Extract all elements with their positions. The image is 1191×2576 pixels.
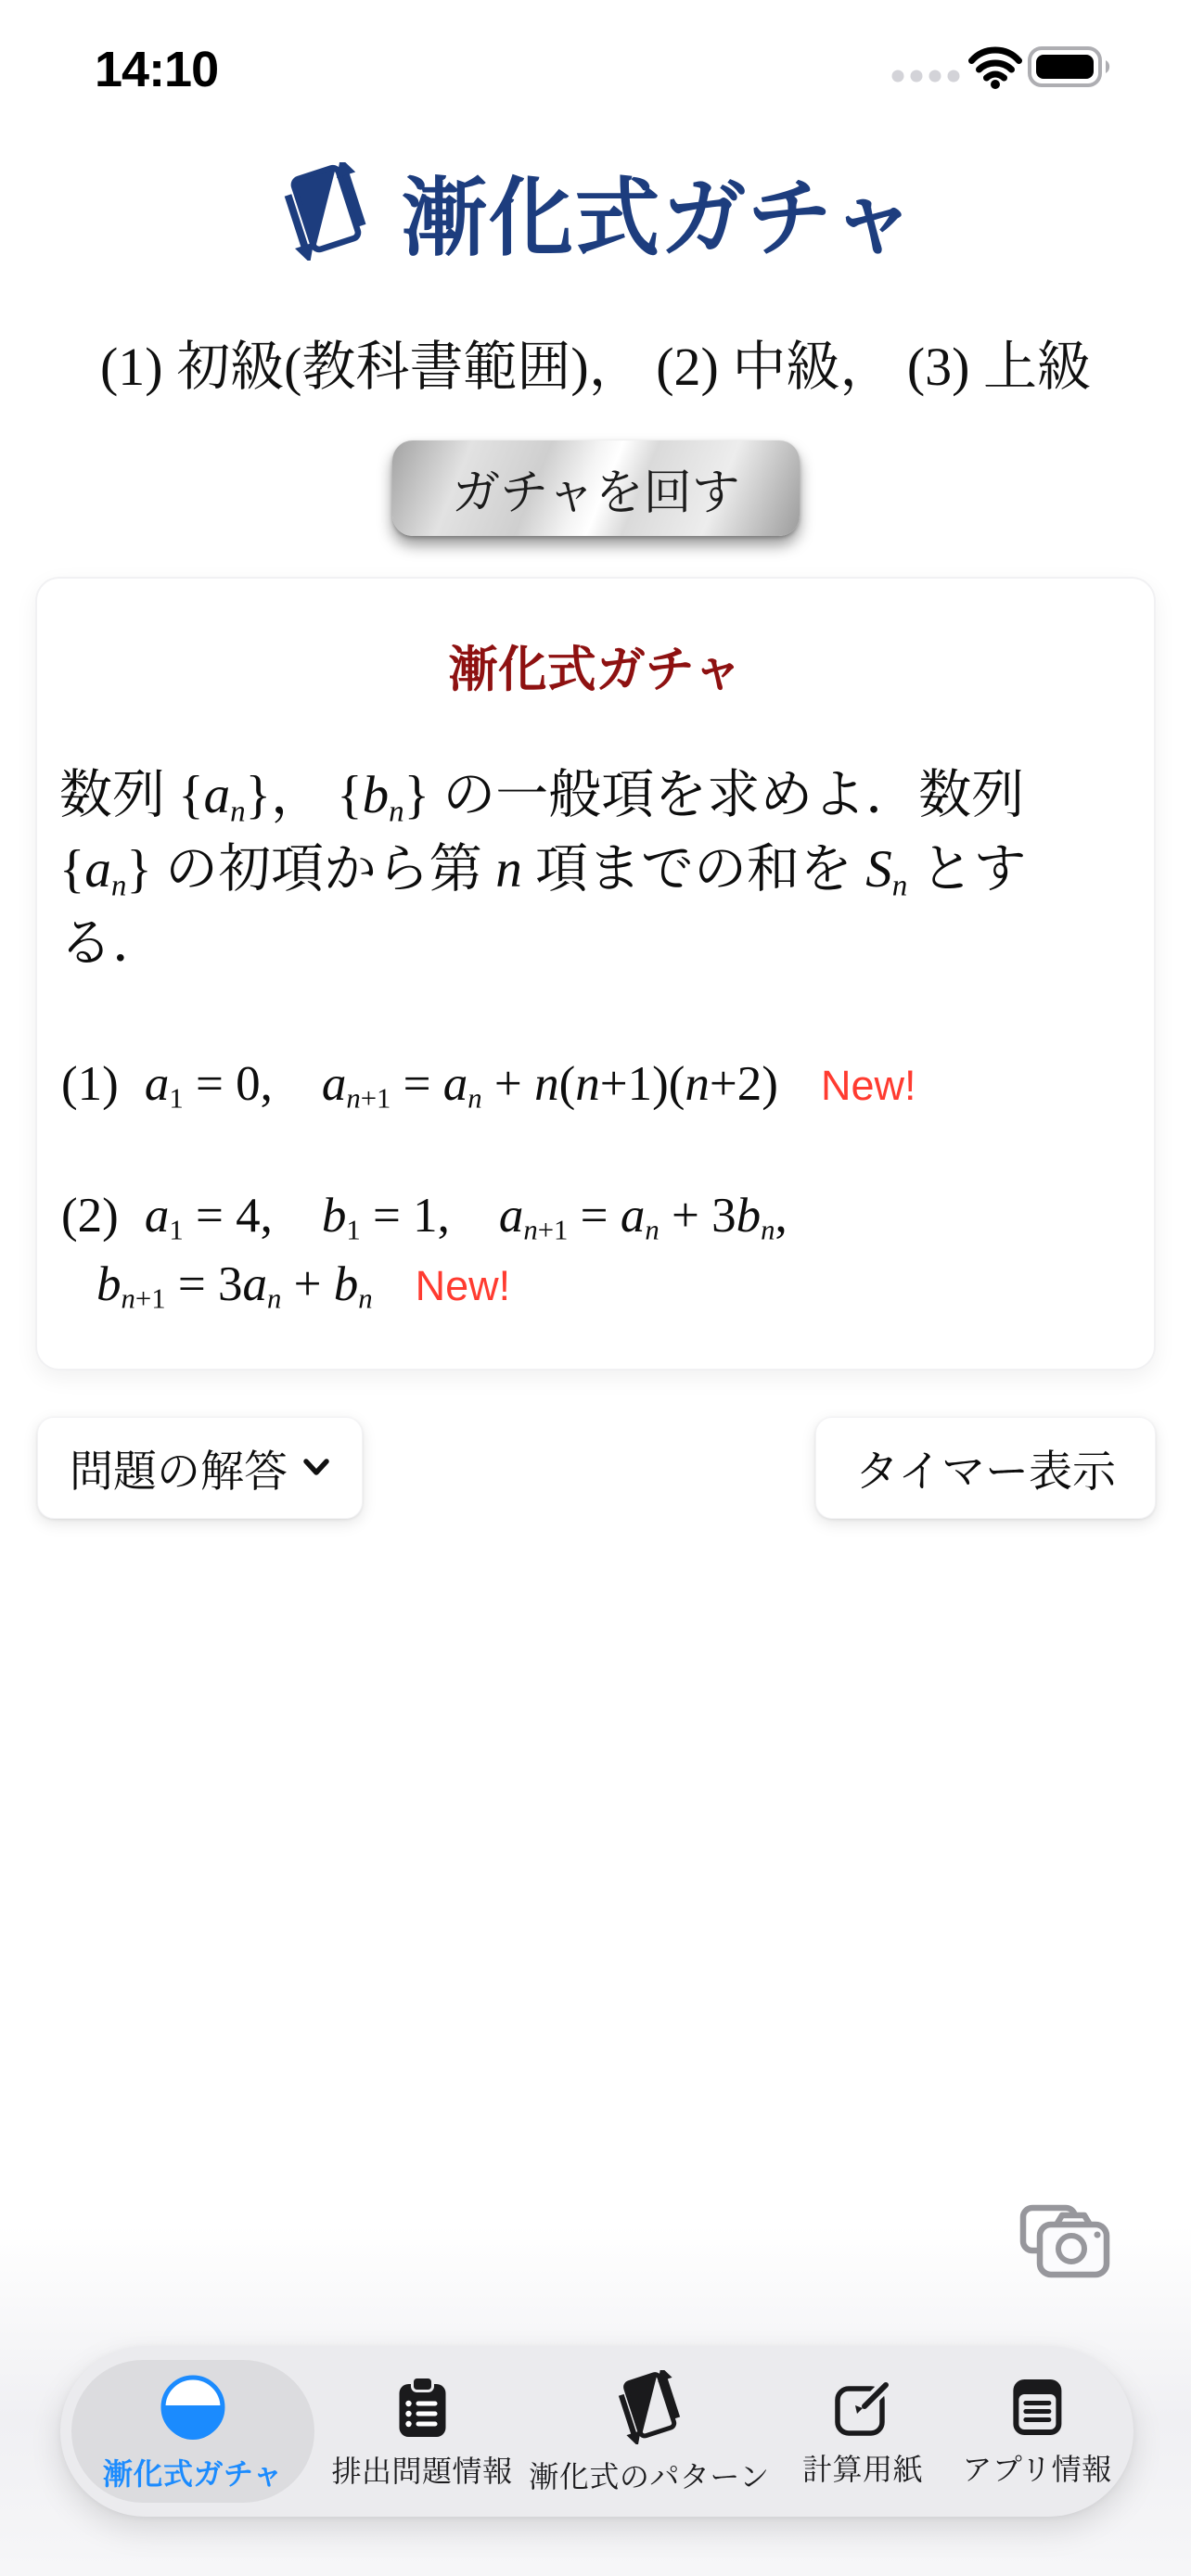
show-timer-button[interactable]: タイマー表示 <box>815 1417 1156 1519</box>
tab-label: アプリ情報 <box>962 2446 1111 2489</box>
battery-icon <box>1028 46 1115 87</box>
app-screen: 14:10 漸化式ガチャ (1) 初級(教科書範囲)， (2) 中級， ( <box>0 0 1191 2576</box>
app-title: 漸化式ガチャ <box>402 150 916 273</box>
spin-gacha-button[interactable]: ガチャを回す <box>392 440 800 536</box>
cellular-signal-icon <box>890 69 963 83</box>
app-logo-icon <box>274 162 378 261</box>
problem-2-label: (2) <box>61 1189 119 1243</box>
tab-label: 排出問題情報 <box>331 2448 512 2491</box>
problem-1-label: (1) <box>61 1057 119 1111</box>
level-legend: (1) 初級(教科書範囲)， (2) 中級， (3) 上級 <box>0 323 1191 401</box>
tab-scratch-paper[interactable]: 計算用紙 <box>797 2346 928 2517</box>
tab-label: 計算用紙 <box>802 2446 923 2489</box>
problem-2-new-badge: New! <box>416 1262 511 1309</box>
camera-icon <box>1018 2204 1111 2280</box>
tab-drawn-problems-info[interactable]: 排出問題情報 <box>326 2346 518 2517</box>
tab-recurrence-patterns[interactable]: 漸化式のパターン <box>523 2346 775 2517</box>
show-answer-label: 問題の解答 <box>70 1437 288 1499</box>
app-header: 漸化式ガチャ <box>0 150 1191 273</box>
screenshot-button[interactable] <box>1017 2203 1113 2283</box>
wifi-icon <box>968 46 1022 89</box>
compose-pencil-icon <box>834 2378 891 2437</box>
problem-row-2: (2)a1 = 4, b1 = 1, an+1 = an + 3bn, bn+1… <box>37 1181 1132 1320</box>
status-time: 14:10 <box>95 41 218 98</box>
tab-recurrence-gacha[interactable]: 漸化式ガチャ <box>97 2346 288 2517</box>
tab-app-info[interactable]: アプリ情報 <box>956 2346 1117 2517</box>
app-info-document-icon <box>1011 2378 1063 2437</box>
tab-label: 漸化式ガチャ <box>103 2451 283 2493</box>
problem-intro-text: 数列 {an}， {bn} の一般項を求めよ．数列 {an} の初項から第 n … <box>59 759 1126 981</box>
recurrence-pattern-icon <box>610 2370 688 2444</box>
show-timer-label: タイマー表示 <box>855 1437 1116 1499</box>
tab-bar: 漸化式ガチャ 排出問題情報 <box>60 2346 1133 2517</box>
gacha-capsule-icon <box>159 2373 227 2442</box>
problem-1-equation: a1 = 0, an+1 = an + n(n+1)(n+2) <box>145 1057 778 1111</box>
problem-card: 漸化式ガチャ 数列 {an}， {bn} の一般項を求めよ．数列 {an} の初… <box>35 577 1156 1371</box>
problem-row-1: (1)a1 = 0, an+1 = an + n(n+1)(n+2)New! <box>37 1050 1132 1120</box>
problem-card-title: 漸化式ガチャ <box>37 631 1154 701</box>
chevron-down-icon <box>302 1458 330 1478</box>
problem-1-new-badge: New! <box>821 1062 916 1109</box>
show-answer-button[interactable]: 問題の解答 <box>37 1417 363 1519</box>
clipboard-icon <box>397 2376 447 2439</box>
tab-label: 漸化式のパターン <box>529 2454 769 2496</box>
